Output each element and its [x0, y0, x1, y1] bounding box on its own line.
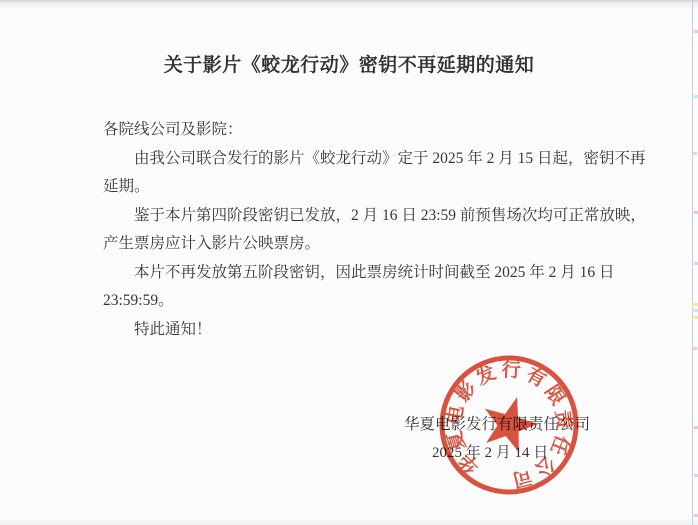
seal-char: 行 [501, 358, 521, 382]
scan-fade-bottom [0, 518, 698, 525]
scan-speck [694, 95, 698, 98]
notice-title: 关于影片《蛟龙行动》密钥不再延期的通知 [103, 50, 595, 77]
scan-fade-top [0, 2, 698, 10]
body-line: 鉴于本片第四阶段密钥已发放，2 月 16 日 23:59 前预售场次均可正常放映… [103, 202, 595, 231]
scan-speck [694, 514, 698, 517]
notice-body: 各院线公司及影院： 由我公司联合发行的影片《蛟龙行动》定于 2025 年 2 月… [103, 116, 595, 344]
scan-speck [694, 262, 698, 265]
scan-speck [694, 316, 698, 319]
seal-char: 责 [551, 409, 576, 431]
body-line: 本片不再发放第五阶段密钥，因此票房统计时间截至 2025 年 2 月 16 日 [103, 259, 595, 288]
scan-speck [693, 152, 697, 155]
scan-speck [694, 211, 698, 214]
seal-char: 司 [510, 465, 534, 491]
scan-edge-right [692, 0, 694, 525]
salutation-line: 各院线公司及影院： [103, 116, 595, 145]
scan-speck [693, 347, 697, 350]
scan-speck [692, 309, 698, 312]
star-icon [476, 390, 544, 456]
body-line: 由我公司联合发行的影片《蛟龙行动》定于 2025 年 2 月 15 日起，密钥不… [103, 145, 595, 174]
scanned-notice-page: 关于影片《蛟龙行动》密钥不再延期的通知 各院线公司及影院： 由我公司联合发行的影… [0, 0, 698, 525]
body-line: 23:59:59。 [103, 287, 595, 316]
scan-speck [694, 30, 698, 33]
body-line: 延期。 [103, 173, 595, 202]
scan-speck [692, 303, 698, 306]
seal-char: 华 [455, 448, 485, 478]
scan-speck [694, 426, 698, 429]
body-line: 产生票房应计入影片公映票房。 [103, 230, 595, 259]
official-seal: 华 夏 电 影 发 行 有 限 责 任 公 司 [424, 340, 594, 510]
scan-speck [694, 474, 698, 477]
seal-char: 电 [442, 404, 468, 427]
